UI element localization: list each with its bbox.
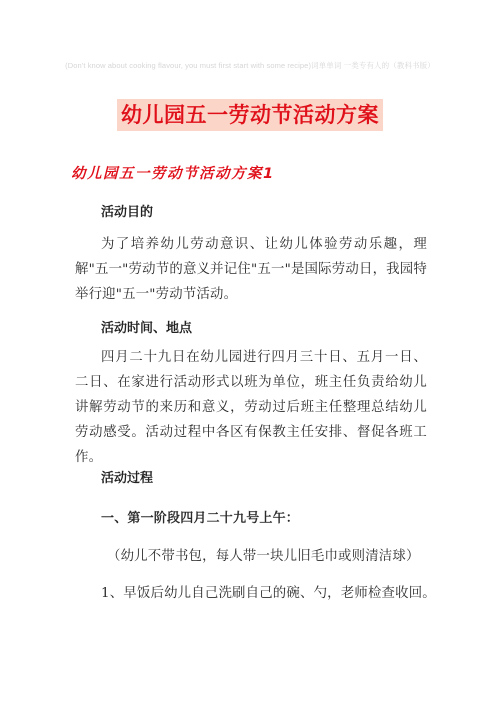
section-title: 幼儿园五一劳动节活动方案1: [71, 162, 275, 183]
document-title-text: 幼儿园五一劳动节活动方案: [117, 99, 383, 131]
paragraph-purpose: 为了培养幼儿劳动意识、让幼儿体验劳动乐趣，理解"五一"劳动节的意义并记住"五一"…: [75, 232, 427, 307]
header-watermark: (Don't know about cooking flavour, you m…: [0, 60, 500, 71]
heading-time-place: 活动时间、地点: [101, 317, 192, 336]
process-stage-1: 一、第一阶段四月二十九号上午：: [101, 507, 299, 526]
paragraph-time-place: 四月二十九日在幼儿园进行四月三十日、五月一日、二日、在家进行活动形式以班为单位，…: [75, 345, 427, 470]
document-title: 幼儿园五一劳动节活动方案: [0, 99, 500, 131]
heading-purpose: 活动目的: [101, 201, 153, 220]
process-note: （幼儿不带书包，每人带一块儿旧毛巾或则清洁球）: [107, 545, 420, 564]
heading-process: 活动过程: [101, 467, 153, 486]
process-step-1: 1、早饭后幼儿自己洗刷自己的碗、勺，老师检查收回。: [101, 582, 436, 601]
